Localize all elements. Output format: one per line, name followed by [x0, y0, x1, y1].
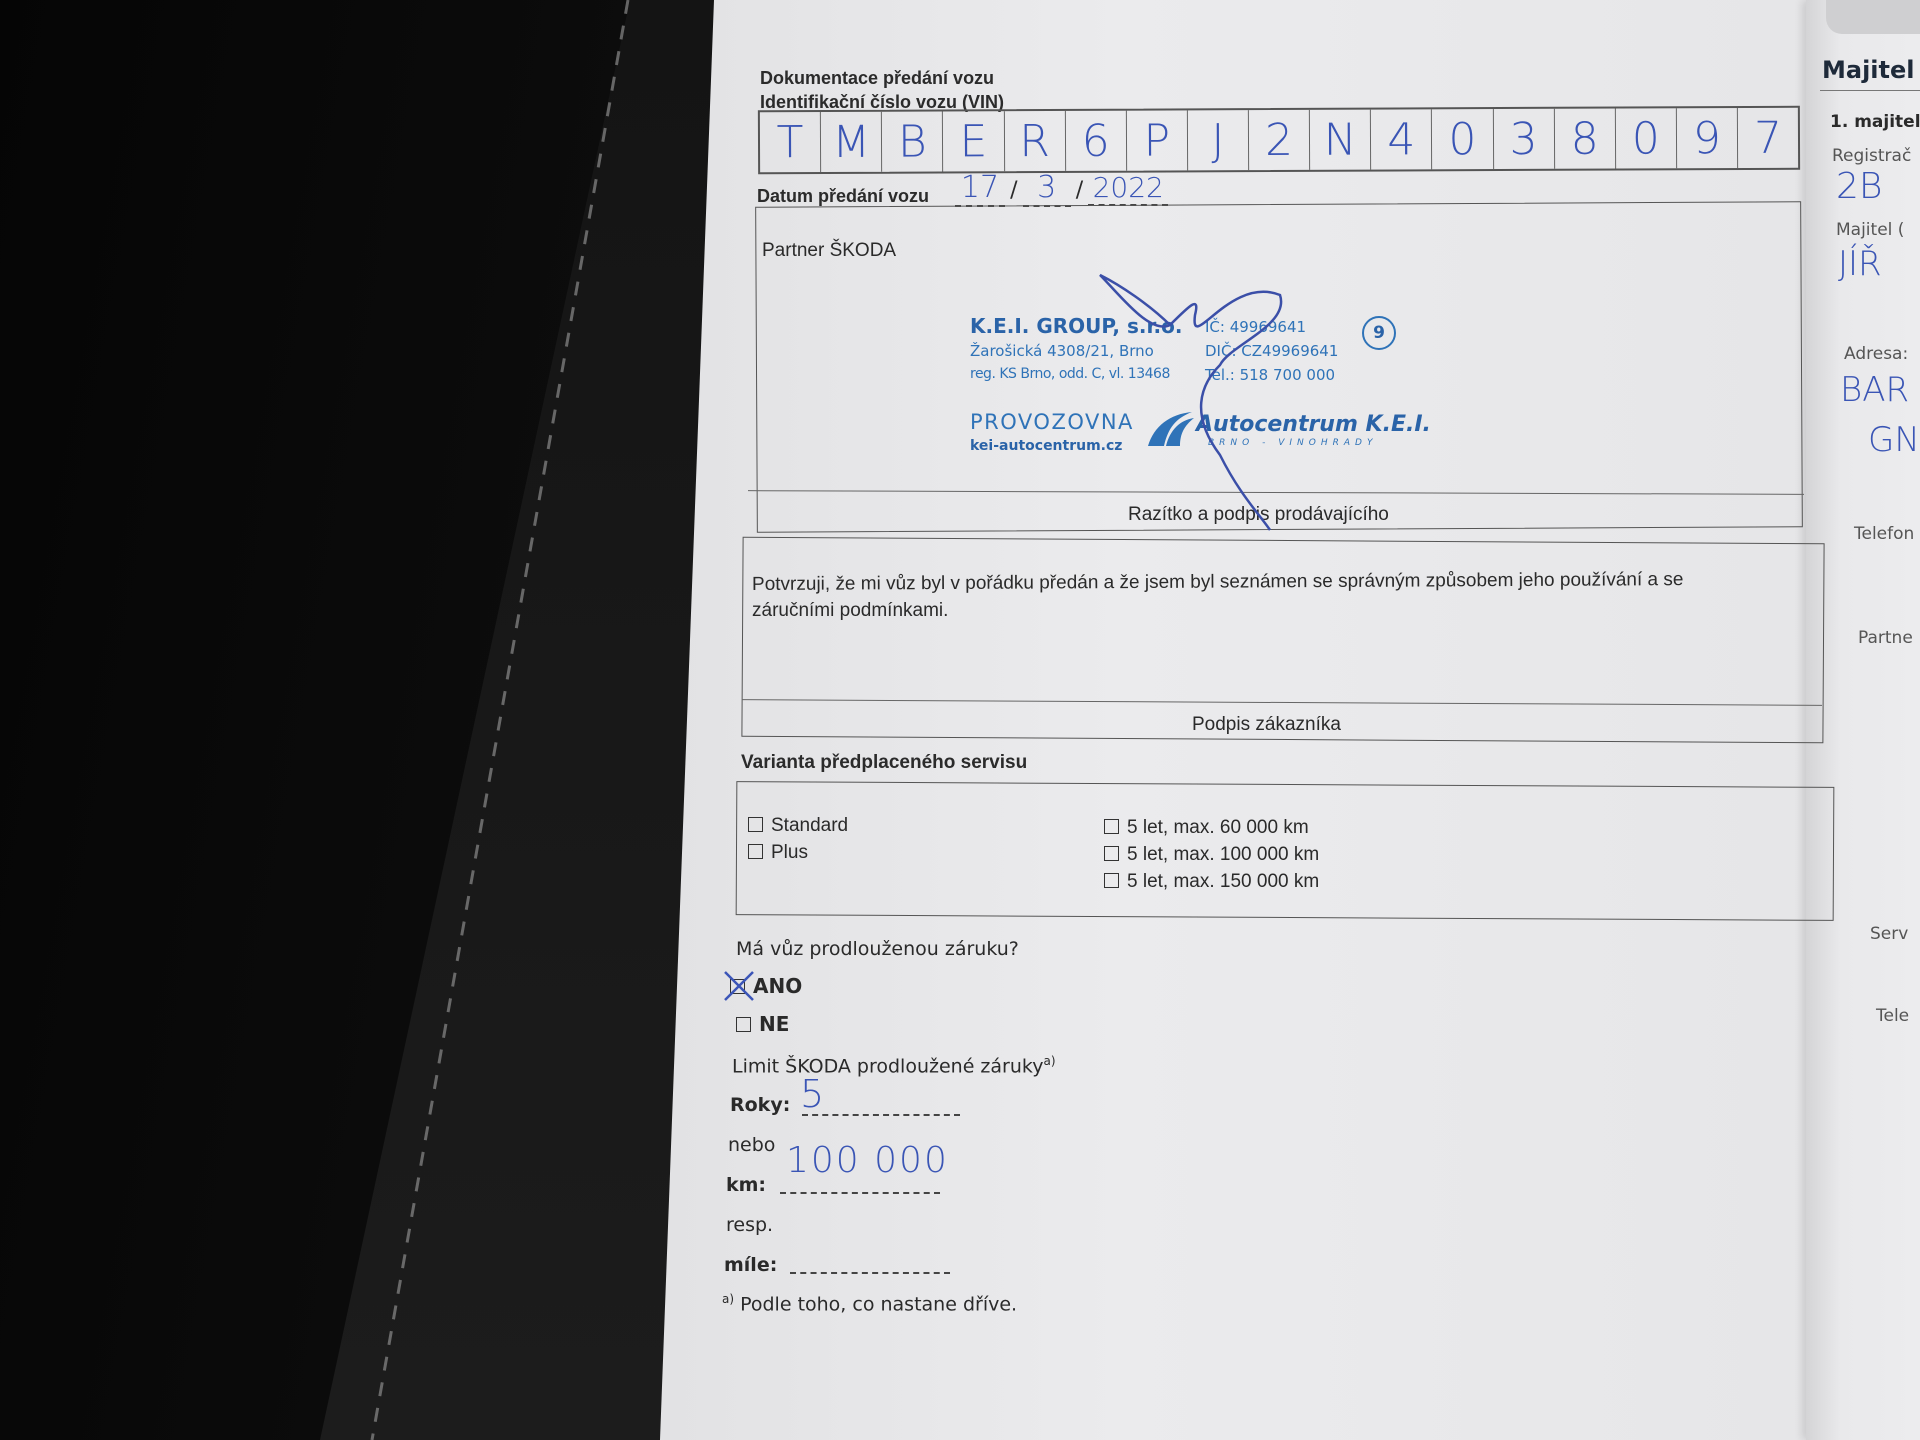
service-limit-option[interactable]: 5 let, max. 100 000 km [1104, 841, 1319, 868]
service-label-next: Serv [1870, 924, 1908, 944]
owner-name-label: Majitel ( [1836, 220, 1904, 240]
registration-label: Registrač [1832, 146, 1911, 166]
warranty-no-option[interactable]: NE [736, 1012, 789, 1036]
vin-field[interactable]: TMBER6PJ2N4038097 [758, 106, 1800, 175]
km-label: km: [726, 1174, 766, 1196]
vin-char-cell[interactable]: J [1188, 110, 1249, 170]
warranty-no-label: NE [759, 1012, 789, 1036]
service-limit-option-label: 5 let, max. 100 000 km [1127, 844, 1319, 865]
phone-label: Telefon [1854, 524, 1914, 544]
footnote: a) Podle toho, co nastane dříve. [722, 1292, 1017, 1315]
resp-label: resp. [726, 1214, 773, 1236]
years-label: Roky: [730, 1094, 790, 1116]
service-variant-option-label: Plus [771, 842, 808, 863]
service-variant-option[interactable]: Plus [748, 839, 848, 866]
service-limit-option[interactable]: 5 let, max. 60 000 km [1104, 814, 1319, 841]
form-title: Dokumentace předání vozu [760, 68, 994, 89]
date-day: 17 [955, 170, 1005, 207]
address-value-1: BAR [1840, 370, 1909, 410]
checkbox[interactable] [1104, 819, 1119, 834]
date-separator: / [1076, 178, 1083, 203]
vin-char-cell[interactable]: T [760, 112, 821, 172]
vin-char-cell[interactable]: 3 [1493, 109, 1554, 169]
phone2-label-next: Tele [1876, 1006, 1909, 1026]
years-value: 5 [800, 1072, 824, 1116]
checkbox[interactable] [1104, 873, 1119, 888]
warranty-yes-label: ANO [753, 974, 802, 998]
vin-char-cell[interactable]: 6 [1065, 111, 1126, 171]
service-limit-option-label: 5 let, max. 60 000 km [1127, 817, 1309, 838]
vin-char-cell[interactable]: 8 [1554, 109, 1615, 169]
page-tab [1826, 0, 1920, 34]
service-heading: Varianta předplaceného servisu [741, 752, 1027, 774]
checkbox-yes[interactable] [730, 979, 745, 994]
miles-label: míle: [724, 1254, 777, 1276]
partner-label-next: Partne [1858, 628, 1913, 648]
or-label: nebo [728, 1134, 775, 1156]
owner-name-value: JÍŘ [1838, 244, 1882, 284]
checkbox[interactable] [748, 844, 763, 859]
registration-value: 2B [1836, 166, 1882, 207]
date-field[interactable]: 17 / 3 / 2022 [955, 170, 1168, 207]
vin-char-cell[interactable]: B [882, 111, 943, 171]
vin-char-cell[interactable]: E [943, 111, 1004, 171]
service-variant-option-label: Standard [771, 815, 848, 836]
vin-char-cell[interactable]: N [1310, 110, 1371, 170]
date-label: Datum předání vozu [757, 186, 929, 207]
checkbox[interactable] [748, 817, 763, 832]
confirmation-text-2: záručními podmínkami. [752, 600, 948, 622]
date-month: 3 [1023, 170, 1071, 207]
seller-signature [1090, 265, 1320, 535]
vin-char-cell[interactable]: 0 [1616, 108, 1677, 168]
date-separator: / [1010, 178, 1017, 203]
vin-char-cell[interactable]: 4 [1371, 109, 1432, 169]
service-variant-list: StandardPlus [748, 812, 848, 866]
vin-char-cell[interactable]: M [821, 112, 882, 172]
owner-label: 1. majitel [1830, 112, 1920, 132]
customer-signature-label[interactable]: Podpis zákazníka [1192, 714, 1341, 736]
checkbox[interactable] [1104, 846, 1119, 861]
check-mark-icon [721, 968, 757, 1004]
vin-char-cell[interactable]: R [1004, 111, 1065, 171]
vin-char-cell[interactable]: 2 [1249, 110, 1310, 170]
next-page-heading: Majitel [1822, 56, 1915, 84]
service-variant-option[interactable]: Standard [748, 812, 848, 839]
vin-char-cell[interactable]: 7 [1738, 108, 1798, 168]
partner-label: Partner ŠKODA [762, 240, 896, 262]
warranty-question: Má vůz prodlouženou záruku? [736, 938, 1019, 960]
vin-char-cell[interactable]: 9 [1677, 108, 1738, 168]
divider [1820, 90, 1920, 91]
date-year: 2022 [1088, 171, 1168, 206]
address-value-2: GN [1868, 420, 1920, 460]
miles-field[interactable] [790, 1250, 950, 1274]
service-limit-list: 5 let, max. 60 000 km5 let, max. 100 000… [1104, 814, 1319, 895]
service-limit-option[interactable]: 5 let, max. 150 000 km [1104, 868, 1319, 895]
warranty-limit-label: Limit ŠKODA prodloužené zárukya) [732, 1054, 1056, 1077]
confirmation-box [741, 537, 1824, 744]
vin-char-cell[interactable]: 0 [1432, 109, 1493, 169]
km-value: 100 000 [786, 1140, 949, 1181]
address-label: Adresa: [1844, 344, 1908, 364]
checkbox-no[interactable] [736, 1017, 751, 1032]
service-limit-option-label: 5 let, max. 150 000 km [1127, 871, 1319, 892]
warranty-yes-option[interactable]: ANO [730, 974, 802, 998]
seat-stitching [0, 0, 720, 1440]
stamp-number-badge: 9 [1362, 316, 1396, 350]
years-field[interactable] [802, 1092, 960, 1116]
vin-char-cell[interactable]: P [1127, 110, 1188, 170]
footnote-ref: a) [1043, 1054, 1055, 1068]
